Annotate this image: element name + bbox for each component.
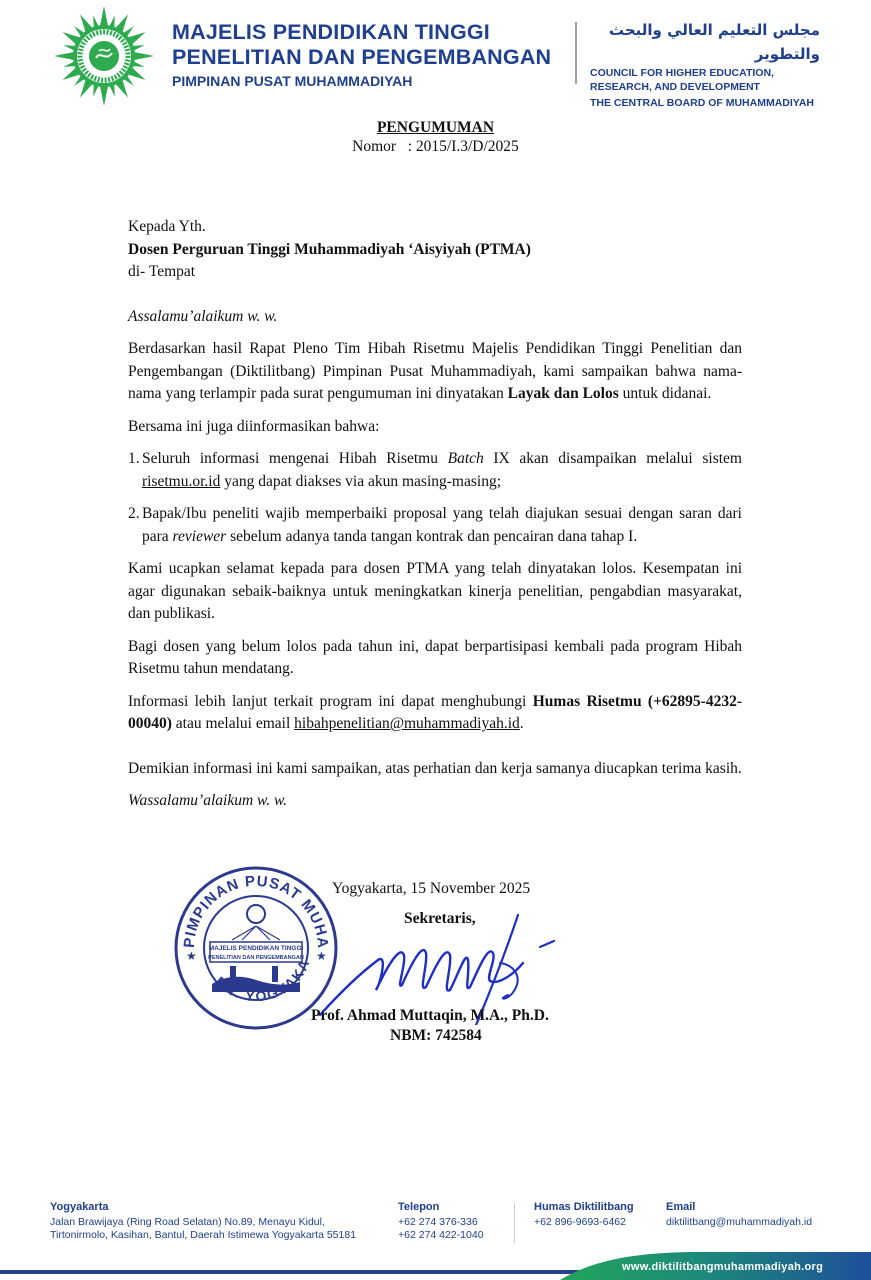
- footer-address-heading: Yogyakarta: [50, 1201, 356, 1215]
- risetmu-link[interactable]: risetmu.or.id: [142, 473, 220, 490]
- svg-text:★: ★: [186, 949, 197, 963]
- footer-humas: Humas Diktilitbang +62 896-9693-6462: [534, 1201, 634, 1229]
- footer-humas-heading: Humas Diktilitbang: [534, 1201, 634, 1215]
- list-item: 1. Seluruh informasi mengenai Hibah Rise…: [128, 448, 742, 493]
- footer-phone: Telepon +62 274 376-336 +62 274 422-1040: [398, 1201, 484, 1243]
- place-date: Yogyakarta, 15 November 2025: [332, 880, 530, 898]
- letter-body: Kepada Yth. Dosen Perguruan Tinggi Muham…: [128, 216, 742, 813]
- closing-greeting: Wassalamu’alaikum w. w.: [128, 790, 742, 813]
- paragraph-decision: Berdasarkan hasil Rapat Pleno Tim Hibah …: [128, 338, 742, 406]
- footer-phone1: +62 274 376-336: [398, 1216, 484, 1230]
- greeting: Assalamu’alaikum w. w.: [128, 306, 742, 329]
- institution-parent: PIMPINAN PUSAT MUHAMMADIYAH: [172, 71, 551, 91]
- footer-divider: [514, 1203, 515, 1243]
- recipient-line3: di- Tempat: [128, 261, 742, 284]
- footer-phone2: +62 274 422-1040: [398, 1229, 484, 1243]
- header-divider: [575, 22, 577, 84]
- signatory-nbm: NBM: 742584: [390, 1027, 482, 1045]
- info-list: 1. Seluruh informasi mengenai Hibah Rise…: [128, 448, 742, 548]
- letter-number-value: : 2015/I.3/D/2025: [408, 138, 519, 155]
- svg-text:PENELITIAN DAN PENGEMBANGAN: PENELITIAN DAN PENGEMBANGAN: [208, 955, 304, 961]
- recipient-line2: Dosen Perguruan Tinggi Muhammadiyah ‘Ais…: [128, 239, 742, 262]
- footer-humas-phone: +62 896-9693-6462: [534, 1216, 634, 1230]
- footer-address: Yogyakarta Jalan Brawijaya (Ring Road Se…: [50, 1201, 356, 1243]
- list-item: 2. Bapak/Ibu peneliti wajib memperbaiki …: [128, 503, 742, 548]
- footer-phone-heading: Telepon: [398, 1201, 484, 1215]
- institution-english-line3: THE CENTRAL BOARD OF MUHAMMADIYAH: [590, 96, 820, 110]
- institution-name-line1: MAJELIS PENDIDIKAN TINGGI: [172, 20, 551, 45]
- footer-email-address[interactable]: diktilitbang@muhammadiyah.id: [666, 1216, 812, 1230]
- institution-english-block: مجلس التعليم العالي والبحث والتطوير COUN…: [590, 18, 820, 110]
- paragraph-closing: Demikian informasi ini kami sampaikan, a…: [128, 758, 742, 781]
- institution-english-line2: RESEARCH, AND DEVELOPMENT: [590, 80, 820, 94]
- website-link[interactable]: www.diktilitbangmuhammadiyah.org: [622, 1261, 823, 1273]
- email-link[interactable]: hibahpenelitian@muhammadiyah.id: [294, 715, 520, 732]
- footer-address-line2: Tirtonirmolo, Kasihan, Bantul, Daerah Is…: [50, 1229, 356, 1243]
- letter-number: Nomor : 2015/I.3/D/2025: [0, 137, 871, 156]
- footer-address-line1: Jalan Brawijaya (Ring Road Selatan) No.8…: [50, 1216, 356, 1230]
- paragraph-congrats: Kami ucapkan selamat kepada para dosen P…: [128, 558, 742, 626]
- letter-number-label: Nomor: [352, 138, 396, 155]
- footer-email: Email diktilitbang@muhammadiyah.id: [666, 1201, 812, 1229]
- institution-english-line1: COUNCIL FOR HIGHER EDUCATION,: [590, 66, 820, 80]
- paragraph-contact: Informasi lebih lanjut terkait program i…: [128, 691, 742, 736]
- institution-name-block: MAJELIS PENDIDIKAN TINGGI PENELITIAN DAN…: [172, 20, 551, 91]
- letter-title: PENGUMUMAN: [0, 118, 871, 137]
- institution-name-line2: PENELITIAN DAN PENGEMBANGAN: [172, 45, 551, 70]
- muhammadiyah-logo-icon: [52, 4, 156, 108]
- recipient-line1: Kepada Yth.: [128, 216, 742, 239]
- signatory-name: Prof. Ahmad Muttaqin, M.A., Ph.D.: [311, 1007, 549, 1025]
- footer-email-heading: Email: [666, 1201, 812, 1215]
- paragraph-intro-list: Bersama ini juga diinformasikan bahwa:: [128, 416, 742, 439]
- institution-name-arabic: مجلس التعليم العالي والبحث والتطوير: [590, 18, 820, 66]
- paragraph-not-passed: Bagi dosen yang belum lolos pada tahun i…: [128, 636, 742, 681]
- svg-text:MAJELIS PENDIDIKAN TINGGI: MAJELIS PENDIDIKAN TINGGI: [209, 945, 304, 952]
- letter-title-block: PENGUMUMAN Nomor : 2015/I.3/D/2025: [0, 118, 871, 156]
- decision-highlight: Layak dan Lolos: [508, 385, 619, 402]
